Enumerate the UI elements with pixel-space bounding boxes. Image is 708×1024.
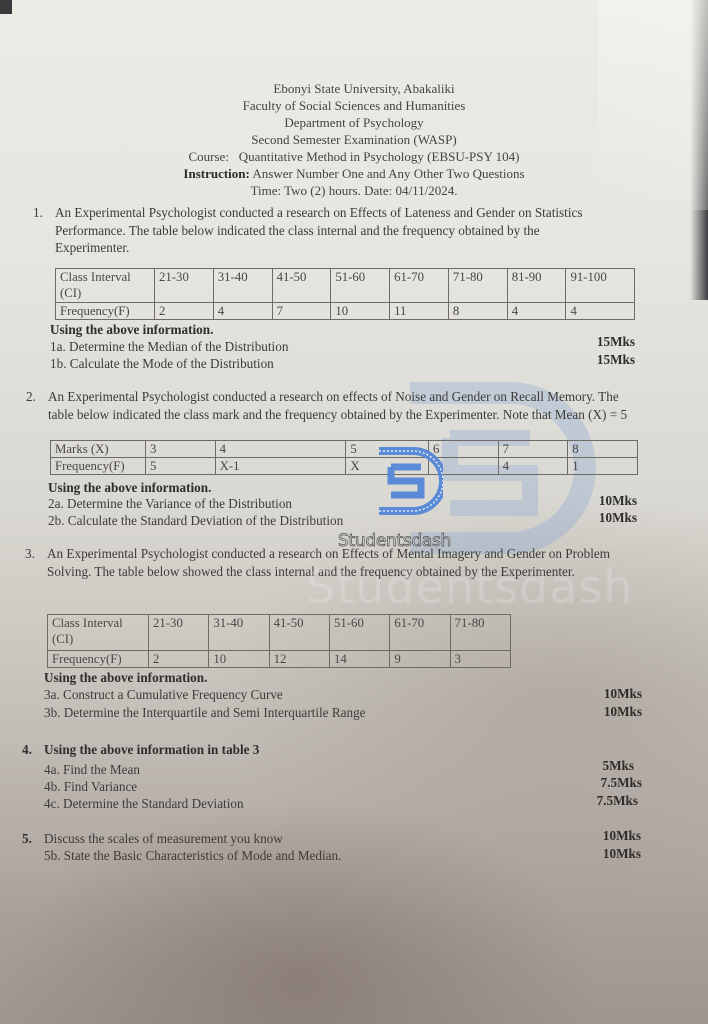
question-5-number: 5. xyxy=(22,831,32,847)
q5b-marks: 10Mks xyxy=(561,846,641,862)
background-edge xyxy=(0,0,12,14)
table-cell: 14 xyxy=(329,651,389,668)
q1a-marks: 15Mks xyxy=(555,334,635,350)
table-cell: 4 xyxy=(507,303,566,320)
table-cell: 7 xyxy=(498,441,568,458)
q2b-marks: 10Mks xyxy=(557,510,637,526)
question-number: 3. xyxy=(25,545,35,563)
q3b-marks: 10Mks xyxy=(562,704,642,720)
row-label: Class Interval (CI) xyxy=(56,269,155,303)
q3a-marks: 10Mks xyxy=(562,686,642,702)
q2b-text: 2b. Calculate the Standard Deviation of … xyxy=(48,513,343,529)
exam-title: Second Semester Examination (WASP) xyxy=(0,131,708,148)
studentsdash-logo-icon xyxy=(375,447,443,515)
row-label: Class Interval (CI) xyxy=(48,615,149,651)
table-cell: X-1 xyxy=(215,458,346,475)
row-label: Marks (X) xyxy=(51,441,146,458)
table-cell: 7 xyxy=(272,303,331,320)
time-date: Time: Two (2) hours. Date: 04/11/2024. xyxy=(0,182,708,199)
table-cell: 71-80 xyxy=(450,615,510,651)
table-cell: 21-30 xyxy=(149,615,209,651)
table-cell: 51-60 xyxy=(329,615,389,651)
row-label: Frequency(F) xyxy=(51,458,146,475)
q4a-text: 4a. Find the Mean xyxy=(44,762,140,778)
q3a-text: 3a. Construct a Cumulative Frequency Cur… xyxy=(44,687,283,703)
question-text: An Experimental Psychologist conducted a… xyxy=(55,204,585,257)
table-cell: 61-70 xyxy=(390,269,449,303)
university-name: Ebonyi State University, Abakaliki xyxy=(0,80,708,97)
question-text: An Experimental Psychologist conducted a… xyxy=(48,388,633,423)
department-name: Department of Psychology xyxy=(0,114,708,131)
table-cell: 31-40 xyxy=(213,269,272,303)
table-cell: 91-100 xyxy=(566,269,635,303)
using-label: Using the above information. xyxy=(50,322,213,338)
q4a-marks: 5Mks xyxy=(554,758,634,774)
q1a-text: 1a. Determine the Median of the Distribu… xyxy=(50,339,288,355)
table-cell: 31-40 xyxy=(209,615,269,651)
row-label: Frequency(F) xyxy=(48,651,149,668)
course-title: Quantitative Method in Psychology (EBSU-… xyxy=(239,149,520,164)
question-4-number: 4. xyxy=(22,742,32,758)
q4b-text: 4b. Find Variance xyxy=(44,779,137,795)
exam-header: Ebonyi State University, Abakaliki Facul… xyxy=(0,80,708,199)
question-2: 2. An Experimental Psychologist conducte… xyxy=(48,388,633,423)
question-number: 1. xyxy=(33,204,43,222)
q5a-text: Discuss the scales of measurement you kn… xyxy=(44,831,283,847)
q1b-marks: 15Mks xyxy=(555,352,635,368)
table-cell: 21-30 xyxy=(155,269,214,303)
q4b-marks: 7.5Mks xyxy=(562,775,642,791)
faculty-name: Faculty of Social Sciences and Humanitie… xyxy=(0,97,708,114)
instruction-line: Instruction: Answer Number One and Any O… xyxy=(0,165,708,182)
table-cell: 51-60 xyxy=(331,269,390,303)
table-cell: 4 xyxy=(213,303,272,320)
question-number: 2. xyxy=(26,388,36,406)
q5b-text: 5b. State the Basic Characteristics of M… xyxy=(44,848,341,864)
instruction-text: Answer Number One and Any Other Two Ques… xyxy=(252,166,524,181)
table-cell: 41-50 xyxy=(269,615,329,651)
question-1: 1. An Experimental Psychologist conducte… xyxy=(55,204,585,257)
q5a-marks: 10Mks xyxy=(561,828,641,844)
q2a-text: 2a. Determine the Variance of the Distri… xyxy=(48,496,292,512)
table-cell: 2 xyxy=(149,651,209,668)
q2a-marks: 10Mks xyxy=(557,493,637,509)
q4c-marks: 7.5Mks xyxy=(558,793,638,809)
question-4-heading: Using the above information in table 3 xyxy=(44,742,259,758)
table-cell: 4 xyxy=(566,303,635,320)
table-cell: 1 xyxy=(568,458,638,475)
watermark-faint-text: Studentsdash xyxy=(306,560,634,614)
table-cell: 3 xyxy=(450,651,510,668)
watermark-text: Studentsdash xyxy=(338,531,451,551)
q2-frequency-table: Marks (X) 3 4 5 6 7 8 Frequency(F) 5 X-1… xyxy=(50,440,638,475)
course-label: Course: xyxy=(188,149,228,164)
table-cell: 41-50 xyxy=(272,269,331,303)
using-label: Using the above information. xyxy=(48,480,211,496)
table-cell: 2 xyxy=(155,303,214,320)
q1b-text: 1b. Calculate the Mode of the Distributi… xyxy=(50,356,274,372)
instruction-label: Instruction: xyxy=(183,166,249,181)
table-cell: 4 xyxy=(498,458,568,475)
table-cell: 3 xyxy=(146,441,216,458)
table-cell: 81-90 xyxy=(507,269,566,303)
q3b-text: 3b. Determine the Interquartile and Semi… xyxy=(44,705,366,721)
using-label: Using the above information. xyxy=(44,670,207,686)
table-cell: 71-80 xyxy=(448,269,507,303)
table-cell: 4 xyxy=(215,441,346,458)
table-cell: 5 xyxy=(146,458,216,475)
table-cell: 11 xyxy=(390,303,449,320)
table-cell: 10 xyxy=(331,303,390,320)
q1-frequency-table: Class Interval (CI) 21-30 31-40 41-50 51… xyxy=(55,268,635,320)
table-cell: 9 xyxy=(390,651,450,668)
course-line: Course: Quantitative Method in Psycholog… xyxy=(0,148,708,165)
table-cell: 8 xyxy=(568,441,638,458)
table-cell: 8 xyxy=(448,303,507,320)
q4c-text: 4c. Determine the Standard Deviation xyxy=(44,796,244,812)
table-cell: 10 xyxy=(209,651,269,668)
q3-frequency-table: Class Interval (CI) 21-30 31-40 41-50 51… xyxy=(47,614,511,668)
table-cell: 12 xyxy=(269,651,329,668)
table-cell: 61-70 xyxy=(390,615,450,651)
row-label: Frequency(F) xyxy=(56,303,155,320)
